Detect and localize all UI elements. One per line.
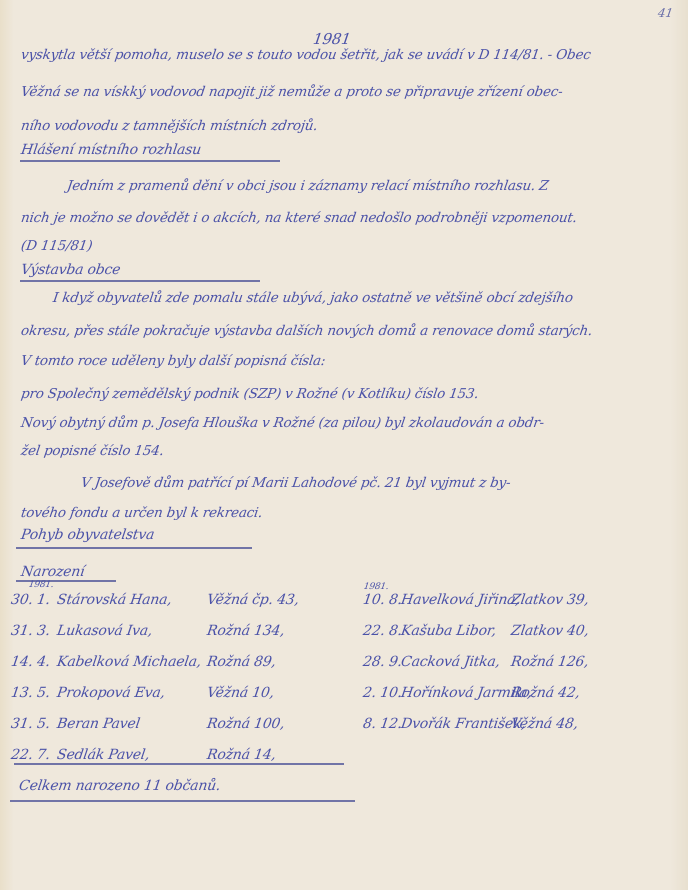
birth-entry-place: Rožná 14, (206, 747, 277, 763)
intro-line: vyskytla větší pomoha, muselo se s touto… (20, 47, 592, 63)
birth-entry-name: Beran Pavel (56, 716, 141, 732)
list-underline (14, 763, 344, 765)
births-subheading: Narození (20, 564, 86, 580)
birth-entry-name: Dvořák František, (400, 716, 527, 732)
manuscript-page: 41 1981 vyskytla větší pomoha, muselo se… (0, 0, 688, 890)
heading-underline (20, 280, 260, 282)
birth-entry-place: Zlatkov 40, (510, 623, 590, 639)
radio-line: nich je možno se dovědět i o akcích, na … (20, 210, 578, 226)
birth-entry-name: Stárovská Hana, (56, 592, 173, 608)
building-line: pro Společný zemědělský podnik (SZP) v R… (20, 386, 480, 402)
year-note-left: 1981. (28, 580, 54, 590)
birth-entry-name: Sedlák Pavel, (56, 747, 151, 763)
birth-entry-place: Rožná 100, (206, 716, 286, 732)
birth-entry-place: Věžná 10, (206, 685, 275, 701)
building-line: Nový obytný dům p. Josefa Hlouška v Rožn… (20, 415, 545, 431)
intro-line: ního vodovodu z tamnějších místních zdro… (20, 118, 319, 134)
total-underline (10, 800, 355, 802)
birth-entry-name: Kabelková Michaela, (56, 654, 202, 670)
birth-entry-place: Rožná 134, (206, 623, 286, 639)
birth-entry-date: 28. 9. (362, 654, 403, 670)
radio-line: (D 115/81) (20, 238, 93, 254)
birth-entry-place: Věžná 48, (510, 716, 579, 732)
birth-entry-date: 8. 12. (362, 716, 403, 732)
birth-entry-date: 31. 3. (10, 623, 51, 639)
building-line: I když obyvatelů zde pomalu stále ubývá,… (52, 290, 574, 306)
birth-entry-date: 14. 4. (10, 654, 51, 670)
building-line: tového fondu a určen byl k rekreaci. (20, 505, 263, 521)
birth-entry-date: 10. 8. (362, 592, 403, 608)
building-line: okresu, přes stále pokračuje výstavba da… (20, 323, 593, 339)
birth-entry-name: Kašuba Libor, (400, 623, 497, 639)
births-total: Celkem narozeno 11 občanů. (18, 778, 221, 794)
year-note-right: 1981. (363, 582, 389, 592)
birth-entry-date: 31. 5. (10, 716, 51, 732)
birth-entry-place: Rožná 89, (206, 654, 277, 670)
birth-entry-name: Lukasová Iva, (56, 623, 153, 639)
birth-entry-name: Cacková Jitka, (400, 654, 501, 670)
birth-entry-date: 22. 7. (10, 747, 51, 763)
heading-underline (16, 547, 252, 549)
year-header: 1981 (312, 30, 352, 48)
section-heading-population: Pohyb obyvatelstva (20, 527, 155, 543)
page-number: 41 (657, 6, 674, 20)
birth-entry-date: 13. 5. (10, 685, 51, 701)
building-line: V Josefově dům patřící pí Marii Lahodové… (80, 475, 511, 491)
birth-entry-date: 22. 8. (362, 623, 403, 639)
birth-entry-date: 2. 10. (362, 685, 403, 701)
birth-entry-place: Rožná 42, (510, 685, 581, 701)
birth-entry-name: Prokopová Eva, (56, 685, 166, 701)
heading-underline (20, 160, 280, 162)
radio-line: Jedním z pramenů dění v obci jsou i zázn… (66, 178, 549, 194)
section-heading-radio: Hlášení místního rozhlasu (20, 142, 202, 158)
intro-line: Věžná se na vískký vodovod napojit již n… (20, 84, 564, 100)
birth-entry-date: 30. 1. (10, 592, 51, 608)
birth-entry-name: Havelková Jiřina, (400, 592, 521, 608)
birth-entry-place: Rožná 126, (510, 654, 590, 670)
building-line: V tomto roce uděleny byly další popisná … (20, 353, 326, 369)
birth-entry-place: Věžná čp. 43, (206, 592, 300, 608)
section-heading-building: Výstavba obce (20, 262, 121, 278)
building-line: žel popisné číslo 154. (20, 443, 165, 459)
birth-entry-place: Zlatkov 39, (510, 592, 590, 608)
